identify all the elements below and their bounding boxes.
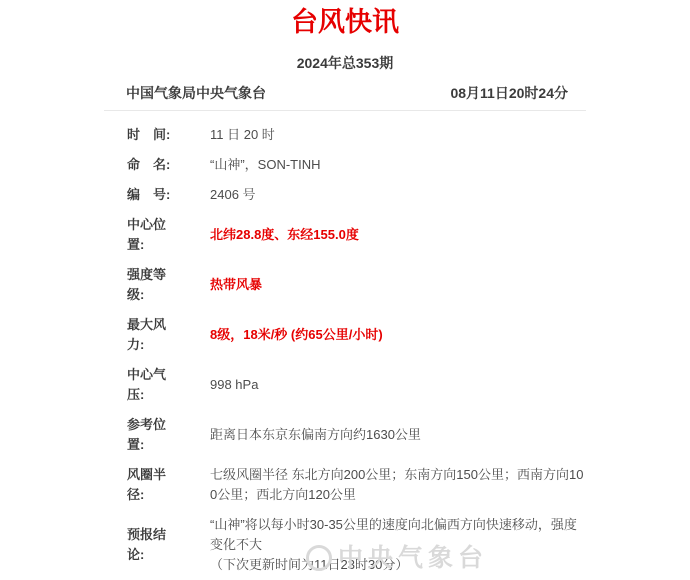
field-row-intensity: 强度等级: 热带风暴 — [127, 265, 586, 305]
field-row-wind-circle-radius: 风圈半径: 七级风圈半径 东北方向200公里；东南方向150公里；西南方向100… — [127, 465, 586, 505]
bulletin-sheet: 中国气象局中央气象台 08月11日20时24分 时 间: 11 日 20 时 命… — [104, 84, 586, 575]
field-label: 预报结论: — [127, 525, 176, 565]
field-row-max-wind: 最大风力: 8级，18米/秒 (约65公里/小时) — [127, 315, 586, 355]
masthead: 中国气象局中央气象台 08月11日20时24分 — [104, 84, 586, 111]
field-value: 距离日本东京东偏南方向约1630公里 — [210, 425, 586, 445]
field-rows: 时 间: 11 日 20 时 命 名: “山神”，SON-TINH 编 号: 2… — [104, 111, 586, 575]
typhoon-bulletin-page: 台风快讯 2024年总353期 中国气象局中央气象台 08月11日20时24分 … — [0, 0, 690, 580]
field-row-number: 编 号: 2406 号 — [127, 185, 586, 205]
field-value: 11 日 20 时 — [210, 125, 586, 145]
issued-datetime: 08月11日20时24分 — [450, 84, 568, 102]
field-value: 998 hPa — [210, 375, 586, 395]
field-value: 七级风圈半径 东北方向200公里；东南方向150公里；西南方向100公里；西北方… — [210, 465, 586, 505]
field-value: 北纬28.8度、东经155.0度 — [210, 225, 586, 245]
watermark-text: 中央气象台 — [338, 543, 488, 573]
field-value: 2406 号 — [210, 185, 586, 205]
field-value: 热带风暴 — [210, 275, 586, 295]
field-label: 强度等级: — [127, 265, 176, 305]
field-row-reference-position: 参考位置: 距离日本东京东偏南方向约1630公里 — [127, 415, 586, 455]
field-label: 风圈半径: — [127, 465, 176, 505]
field-row-time: 时 间: 11 日 20 时 — [127, 125, 586, 145]
watermark: 中央气象台 — [306, 543, 488, 573]
field-value: 8级，18米/秒 (约65公里/小时) — [210, 325, 586, 345]
field-label: 参考位置: — [127, 415, 176, 455]
field-label: 时 间: — [127, 125, 176, 145]
issue-number: 2024年总353期 — [0, 53, 690, 73]
cma-logo-icon — [306, 545, 332, 571]
field-label: 编 号: — [127, 185, 176, 205]
field-row-name: 命 名: “山神”，SON-TINH — [127, 155, 586, 175]
agency-name: 中国气象局中央气象台 — [126, 84, 266, 102]
field-row-pressure: 中心气压: 998 hPa — [127, 365, 586, 405]
page-title: 台风快讯 — [0, 0, 690, 37]
field-label: 最大风力: — [127, 315, 176, 355]
field-label: 中心气压: — [127, 365, 176, 405]
field-row-center-position: 中心位置: 北纬28.8度、东经155.0度 — [127, 215, 586, 255]
field-label: 命 名: — [127, 155, 176, 175]
field-value: “山神”，SON-TINH — [210, 155, 586, 175]
field-label: 中心位置: — [127, 215, 176, 255]
